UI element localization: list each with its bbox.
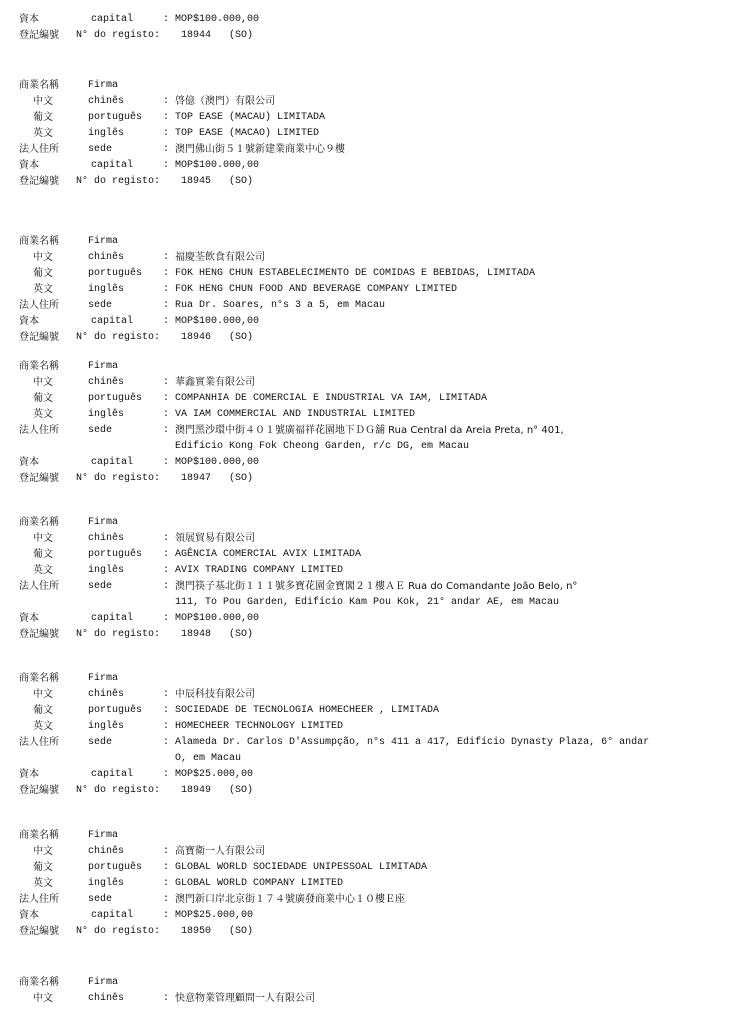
- firma-label-pt: Firma: [88, 234, 118, 250]
- colon: :: [163, 719, 169, 735]
- colon: :: [163, 266, 169, 282]
- colon: :: [163, 142, 169, 158]
- colon: :: [163, 250, 169, 266]
- colon: :: [163, 455, 169, 471]
- firma-label-pt: Firma: [88, 78, 118, 94]
- firma-label-zh: 商業名稱: [19, 975, 59, 991]
- ingles-value: HOMECHEER TECHNOLOGY LIMITED: [175, 719, 343, 735]
- sede-value: Alameda Dr. Carlos D'Assumpção, n°s 411 …: [175, 735, 649, 751]
- colon: :: [163, 94, 169, 110]
- ingles-label-zh: 英文: [33, 282, 53, 298]
- colon: :: [163, 876, 169, 892]
- sede-value: 澳門新口岸北京街１７４號廣發商業中心１０樓Ｅ座: [175, 892, 405, 908]
- registo-suffix: (SO): [229, 627, 253, 643]
- ingles-label-zh: 英文: [33, 407, 53, 423]
- ingles-label-pt: inglês: [88, 407, 124, 423]
- colon: :: [163, 391, 169, 407]
- sede-label-zh: 法人住所: [19, 142, 59, 158]
- firma-label-pt: Firma: [88, 359, 118, 375]
- ingles-label-zh: 英文: [33, 719, 53, 735]
- sede-value: Rua Dr. Soares, n°s 3 a 5, em Macau: [175, 298, 385, 314]
- firma-label-pt: Firma: [88, 828, 118, 844]
- registo-number: 18946: [181, 330, 211, 346]
- firma-label-pt: Firma: [88, 975, 118, 991]
- colon: :: [163, 563, 169, 579]
- colon: :: [163, 110, 169, 126]
- portugues-label-pt: português: [88, 391, 142, 407]
- registo-suffix: (SO): [229, 471, 253, 487]
- chines-label-pt: chinês: [88, 991, 124, 1007]
- capital-label-zh: 資本: [19, 314, 39, 330]
- capital-label-pt: capital: [91, 611, 133, 627]
- sede-label-pt: sede: [88, 735, 112, 751]
- chines-label-zh: 中文: [33, 375, 53, 391]
- colon: :: [163, 375, 169, 391]
- chines-value: 高寶衛一人有限公司: [175, 844, 265, 860]
- portugues-value: FOK HENG CHUN ESTABELECIMENTO DE COMIDAS…: [175, 266, 535, 282]
- portugues-label-zh: 葡文: [33, 266, 53, 282]
- ingles-value: VA IAM COMMERCIAL AND INDUSTRIAL LIMITED: [175, 407, 415, 423]
- portugues-label-zh: 葡文: [33, 110, 53, 126]
- colon: :: [163, 892, 169, 908]
- portugues-label-pt: português: [88, 703, 142, 719]
- colon: :: [163, 423, 169, 439]
- capital-label-pt: capital: [91, 455, 133, 471]
- colon: :: [163, 531, 169, 547]
- registo-number: 18949: [181, 783, 211, 799]
- colon: :: [163, 844, 169, 860]
- portugues-value: AGÊNCIA COMERCIAL AVIX LIMITADA: [175, 547, 361, 563]
- sede-label-zh: 法人住所: [19, 579, 59, 595]
- sede-label-pt: sede: [88, 142, 112, 158]
- chines-label-pt: chinês: [88, 844, 124, 860]
- colon: :: [163, 908, 169, 924]
- chines-label-zh: 中文: [33, 687, 53, 703]
- registo-suffix: (SO): [229, 924, 253, 940]
- portugues-value: TOP EASE (MACAU) LIMITADA: [175, 110, 325, 126]
- ingles-label-pt: inglês: [88, 126, 124, 142]
- registo-label-zh: 登記編號: [19, 471, 59, 487]
- capital-label-pt: capital: [91, 908, 133, 924]
- portugues-label-zh: 葡文: [33, 860, 53, 876]
- firma-label-zh: 商業名稱: [19, 359, 59, 375]
- capital-value: MOP$25.000,00: [175, 767, 253, 783]
- chines-value: 華鑫實業有限公司: [175, 375, 255, 391]
- sede-label-zh: 法人住所: [19, 892, 59, 908]
- colon: :: [163, 860, 169, 876]
- sede-value: 澳門黑沙環中街４０１號廣福祥花園地下ＤＧ舖 Rua Central da Are…: [175, 423, 564, 439]
- chines-label-pt: chinês: [88, 94, 124, 110]
- capital-label-zh: 資本: [19, 455, 39, 471]
- portugues-label-zh: 葡文: [33, 703, 53, 719]
- chines-label-zh: 中文: [33, 250, 53, 266]
- chines-value: 領展貿易有限公司: [175, 531, 255, 547]
- registo-number: 18948: [181, 627, 211, 643]
- firma-label-zh: 商業名稱: [19, 78, 59, 94]
- capital-value: MOP$100.000,00: [175, 158, 259, 174]
- capital-label-zh: 資本: [19, 12, 39, 28]
- chines-value: 啓億（澳門）有限公司: [175, 94, 275, 110]
- colon: :: [163, 126, 169, 142]
- portugues-label-zh: 葡文: [33, 547, 53, 563]
- portugues-value: GLOBAL WORLD SOCIEDADE UNIPESSOAL LIMITA…: [175, 860, 427, 876]
- capital-label-pt: capital: [91, 12, 133, 28]
- registo-number: 18944: [181, 28, 211, 44]
- registo-label-pt: N° do registo:: [76, 783, 160, 799]
- ingles-label-pt: inglês: [88, 876, 124, 892]
- registo-suffix: (SO): [229, 174, 253, 190]
- firma-label-zh: 商業名稱: [19, 515, 59, 531]
- registo-label-pt: N° do registo:: [76, 28, 160, 44]
- capital-value: MOP$100.000,00: [175, 611, 259, 627]
- registo-label-pt: N° do registo:: [76, 924, 160, 940]
- registo-number: 18947: [181, 471, 211, 487]
- colon: :: [163, 547, 169, 563]
- registo-label-pt: N° do registo:: [76, 627, 160, 643]
- sede-value-continued: 111, To Pou Garden, Edifício Kam Pou Kok…: [175, 595, 559, 611]
- firma-label-pt: Firma: [88, 671, 118, 687]
- colon: :: [163, 282, 169, 298]
- firma-label-zh: 商業名稱: [19, 671, 59, 687]
- capital-label-pt: capital: [91, 158, 133, 174]
- portugues-label-pt: português: [88, 266, 142, 282]
- ingles-label-pt: inglês: [88, 282, 124, 298]
- colon: :: [163, 12, 169, 28]
- registo-label-pt: N° do registo:: [76, 330, 160, 346]
- ingles-label-pt: inglês: [88, 563, 124, 579]
- chines-value: 快意物業管理顧問一人有限公司: [175, 991, 315, 1007]
- portugues-label-pt: português: [88, 110, 142, 126]
- registo-label-zh: 登記編號: [19, 330, 59, 346]
- colon: :: [163, 407, 169, 423]
- capital-label-pt: capital: [91, 314, 133, 330]
- ingles-label-zh: 英文: [33, 563, 53, 579]
- registo-label-zh: 登記編號: [19, 783, 59, 799]
- registo-label-zh: 登記編號: [19, 924, 59, 940]
- colon: :: [163, 611, 169, 627]
- sede-value: 澳門佛山街５１號新建業商業中心９樓: [175, 142, 345, 158]
- sede-label-pt: sede: [88, 423, 112, 439]
- capital-label-zh: 資本: [19, 908, 39, 924]
- firma-label-zh: 商業名稱: [19, 828, 59, 844]
- chines-label-zh: 中文: [33, 844, 53, 860]
- registo-label-zh: 登記編號: [19, 174, 59, 190]
- registo-label-pt: N° do registo:: [76, 174, 160, 190]
- sede-label-pt: sede: [88, 298, 112, 314]
- portugues-label-zh: 葡文: [33, 391, 53, 407]
- sede-label-zh: 法人住所: [19, 735, 59, 751]
- portugues-value: SOCIEDADE DE TECNOLOGIA HOMECHEER , LIMI…: [175, 703, 439, 719]
- capital-label-pt: capital: [91, 767, 133, 783]
- ingles-label-zh: 英文: [33, 126, 53, 142]
- capital-label-zh: 資本: [19, 611, 39, 627]
- chines-label-pt: chinês: [88, 250, 124, 266]
- capital-value: MOP$100.000,00: [175, 314, 259, 330]
- sede-label-pt: sede: [88, 892, 112, 908]
- capital-value: MOP$100.000,00: [175, 12, 259, 28]
- chines-value: 中辰科技有限公司: [175, 687, 255, 703]
- chines-label-zh: 中文: [33, 94, 53, 110]
- chines-label-zh: 中文: [33, 531, 53, 547]
- colon: :: [163, 687, 169, 703]
- ingles-label-zh: 英文: [33, 876, 53, 892]
- chines-label-pt: chinês: [88, 375, 124, 391]
- registo-suffix: (SO): [229, 783, 253, 799]
- registo-number: 18950: [181, 924, 211, 940]
- sede-label-pt: sede: [88, 579, 112, 595]
- sede-value: 澳門筷子基北街１１１號多寶花園金寶閣２１樓ＡＥ Rua do Comandant…: [175, 579, 577, 595]
- chines-label-pt: chinês: [88, 687, 124, 703]
- firma-label-pt: Firma: [88, 515, 118, 531]
- registo-label-zh: 登記編號: [19, 627, 59, 643]
- capital-value: MOP$25.000,00: [175, 908, 253, 924]
- ingles-value: FOK HENG CHUN FOOD AND BEVERAGE COMPANY …: [175, 282, 457, 298]
- colon: :: [163, 158, 169, 174]
- sede-label-zh: 法人住所: [19, 423, 59, 439]
- registo-number: 18945: [181, 174, 211, 190]
- ingles-value: GLOBAL WORLD COMPANY LIMITED: [175, 876, 343, 892]
- portugues-label-pt: português: [88, 860, 142, 876]
- colon: :: [163, 767, 169, 783]
- portugues-label-pt: português: [88, 547, 142, 563]
- colon: :: [163, 991, 169, 1007]
- ingles-value: AVIX TRADING COMPANY LIMITED: [175, 563, 343, 579]
- registo-label-zh: 登記編號: [19, 28, 59, 44]
- chines-value: 福慶荃飲食有限公司: [175, 250, 265, 266]
- registo-suffix: (SO): [229, 28, 253, 44]
- ingles-label-pt: inglês: [88, 719, 124, 735]
- sede-value-continued: O, em Macau: [175, 751, 241, 767]
- chines-label-pt: chinês: [88, 531, 124, 547]
- colon: :: [163, 579, 169, 595]
- chines-label-zh: 中文: [33, 991, 53, 1007]
- capital-value: MOP$100.000,00: [175, 455, 259, 471]
- colon: :: [163, 703, 169, 719]
- sede-label-zh: 法人住所: [19, 298, 59, 314]
- sede-value-continued: Edifício Kong Fok Cheong Garden, r/c DG,…: [175, 439, 469, 455]
- colon: :: [163, 314, 169, 330]
- registo-label-pt: N° do registo:: [76, 471, 160, 487]
- registo-suffix: (SO): [229, 330, 253, 346]
- colon: :: [163, 298, 169, 314]
- firma-label-zh: 商業名稱: [19, 234, 59, 250]
- ingles-value: TOP EASE (MACAO) LIMITED: [175, 126, 319, 142]
- capital-label-zh: 資本: [19, 767, 39, 783]
- capital-label-zh: 資本: [19, 158, 39, 174]
- colon: :: [163, 735, 169, 751]
- portugues-value: COMPANHIA DE COMERCIAL E INDUSTRIAL VA I…: [175, 391, 487, 407]
